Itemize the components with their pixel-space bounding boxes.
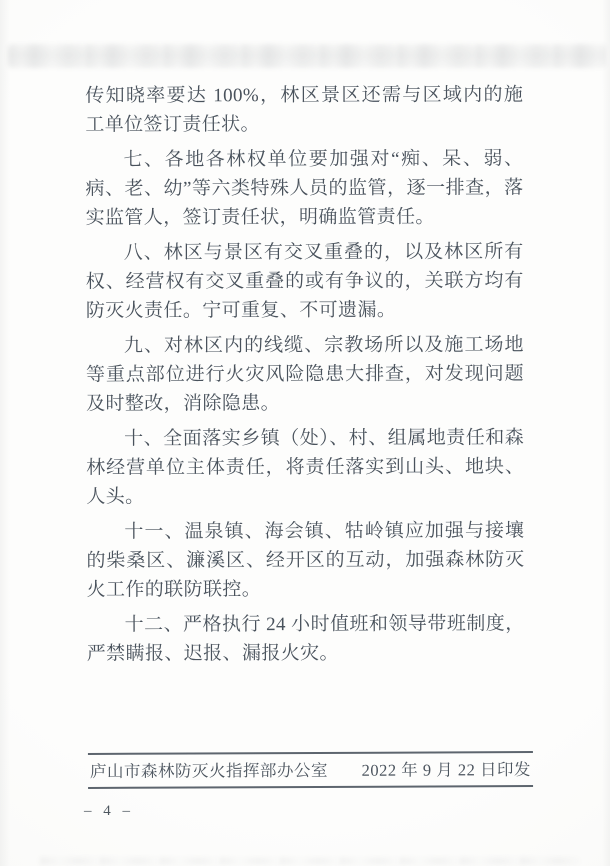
page-number: – 4 –: [84, 803, 134, 820]
footer-issuing-office: 庐山市森林防灭火指挥部办公室: [90, 760, 328, 782]
footer-print-date: 2022 年 9 月 22 日印发: [362, 759, 531, 781]
scanned-document-page: 传知晓率要达 100%，林区景区还需与区域内的施工单位签订责任状。 七、各地各林…: [0, 0, 610, 866]
ink-bleed-band-top: [8, 44, 606, 68]
document-body: 传知晓率要达 100%，林区景区还需与区域内的施工单位签订责任状。 七、各地各林…: [85, 80, 525, 674]
paragraph-item-12: 十二、严格执行 24 小时值班和领导带班制度，严禁瞒报、迟报、漏报火灾。: [87, 609, 525, 668]
paragraph-item-7: 七、各地各林权单位要加强对“痴、呆、弱、病、老、幼”等六类特殊人员的监管，逐一排…: [85, 144, 523, 232]
paragraph-item-9: 九、对林区内的线缆、宗教场所以及施工场地等重点部位进行火灾风险隐患大排查，对发现…: [86, 330, 524, 418]
paragraph-item-8: 八、林区与景区有交叉重叠的，以及林区所有权、经营权有交叉重叠的或有争议的，关联方…: [86, 237, 524, 325]
document-footer-block: 庐山市森林防灭火指挥部办公室 2022 年 9 月 22 日印发: [88, 751, 533, 789]
scan-edge-shadow-left: [0, 0, 10, 866]
ink-bleed-band-bottom: [40, 857, 580, 865]
paragraph-item-10: 十、全面落实乡镇（处）、村、组属地责任和森林经营单位主体责任，将责任落实到山头、…: [86, 423, 524, 511]
paragraph-continuation: 传知晓率要达 100%，林区景区还需与区域内的施工单位签订责任状。: [85, 80, 523, 139]
paragraph-item-11: 十一、温泉镇、海会镇、牯岭镇应加强与接壤的柴桑区、濂溪区、经开区的互动，加强森林…: [86, 516, 524, 604]
scan-edge-shadow-right: [602, 0, 610, 866]
